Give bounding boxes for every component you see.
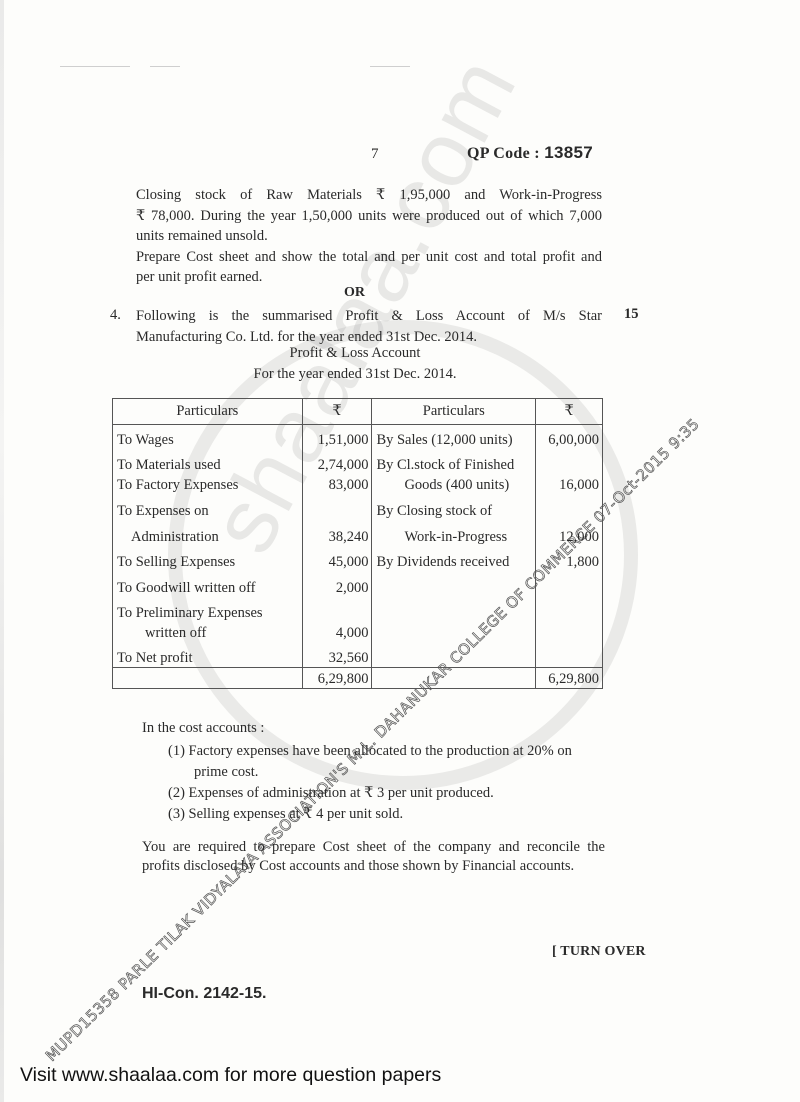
table-row: To Preliminary Expenses xyxy=(113,597,603,622)
note-item: (2) Expenses of administration at ₹ 3 pe… xyxy=(168,783,572,804)
dr-amount: 45,000 xyxy=(302,546,372,571)
note-item: (3) Selling expenses at ₹ 4 per unit sol… xyxy=(168,804,572,825)
cr-amount: 12,000 xyxy=(536,520,603,546)
table-row: To Selling Expenses 45,000 By Dividends … xyxy=(113,546,603,571)
cost-notes-intro: In the cost accounts : xyxy=(142,718,572,739)
cr-amount xyxy=(536,597,603,622)
question-marks: 15 xyxy=(624,306,639,323)
cr-amount xyxy=(536,642,603,668)
cr-particular: Goods (400 units) xyxy=(372,474,536,494)
cost-notes: In the cost accounts : (1) Factory expen… xyxy=(142,718,572,825)
table-row: written off 4,000 xyxy=(113,622,603,642)
text-line: units remained unsold. xyxy=(136,226,602,247)
dr-amount: 2,74,000 xyxy=(302,449,372,474)
dr-particular: To Preliminary Expenses xyxy=(113,597,303,622)
cr-amount xyxy=(536,494,603,520)
total-cr: 6,29,800 xyxy=(536,668,603,689)
table-subtitle: For the year ended 31st Dec. 2014. xyxy=(200,366,510,383)
paper-code: HI-Con. 2142-15. xyxy=(142,985,266,1003)
dr-amount: 83,000 xyxy=(302,474,372,494)
table-row: To Expenses on By Closing stock of xyxy=(113,494,603,520)
cr-amount: 1,800 xyxy=(536,546,603,571)
cr-particular-text: Goods (400 units) xyxy=(376,477,509,494)
table-row: To Net profit 32,560 xyxy=(113,642,603,668)
qp-code: QP Code : 13857 xyxy=(467,143,593,163)
dr-particular-text: Administration xyxy=(117,529,219,546)
total-dr: 6,29,800 xyxy=(302,668,372,689)
cr-amount: 6,00,000 xyxy=(536,425,603,449)
dr-amount: 2,000 xyxy=(302,571,372,597)
text-line: per unit profit earned. xyxy=(136,267,602,288)
dr-particular: written off xyxy=(113,622,303,642)
scan-artifact xyxy=(60,66,130,67)
question-number: 4. xyxy=(110,307,121,324)
table-row: To Factory Expenses 83,000 Goods (400 un… xyxy=(113,474,603,494)
cr-particular-text: Work-in-Progress xyxy=(376,529,507,546)
dr-amount: 4,000 xyxy=(302,622,372,642)
dr-amount xyxy=(302,494,372,520)
cr-particular xyxy=(372,597,536,622)
table-row: To Wages 1,51,000 By Sales (12,000 units… xyxy=(113,425,603,449)
cr-amount xyxy=(536,571,603,597)
header-amount-dr: ₹ xyxy=(302,399,372,425)
intro-paragraph: Closing stock of Raw Materials ₹ 1,95,00… xyxy=(136,185,602,288)
table-row: Administration 38,240 Work-in-Progress 1… xyxy=(113,520,603,546)
text-line: Closing stock of Raw Materials ₹ 1,95,00… xyxy=(136,185,602,206)
total-label-dr xyxy=(113,668,303,689)
cr-particular xyxy=(372,622,536,642)
profit-loss-table: Particulars ₹ Particulars ₹ To Wages 1,5… xyxy=(112,398,603,689)
header-particulars-cr: Particulars xyxy=(372,399,536,425)
dr-amount: 38,240 xyxy=(302,520,372,546)
table-total-row: 6,29,800 6,29,800 xyxy=(113,668,603,689)
dr-particular: To Materials used xyxy=(113,449,303,474)
text-line: Manufacturing Co. Ltd. for the year ende… xyxy=(136,327,602,348)
note-item: (1) Factory expenses have been allocated… xyxy=(168,741,572,762)
dr-particular: To Selling Expenses xyxy=(113,546,303,571)
table-header-row: Particulars ₹ Particulars ₹ xyxy=(113,399,603,425)
table-title: Profit & Loss Account xyxy=(200,345,510,362)
dr-amount: 1,51,000 xyxy=(302,425,372,449)
qp-code-value: 13857 xyxy=(544,143,593,162)
page-number: 7 xyxy=(371,146,379,163)
or-separator: OR xyxy=(344,285,365,301)
footer-link-text: Visit www.shaalaa.com for more question … xyxy=(20,1064,441,1087)
instruction-paragraph: You are required to prepare Cost sheet o… xyxy=(142,838,605,876)
dr-particular: To Goodwill written off xyxy=(113,571,303,597)
dr-amount: 32,560 xyxy=(302,642,372,668)
cr-particular xyxy=(372,571,536,597)
header-particulars-dr: Particulars xyxy=(113,399,303,425)
dr-particular: To Expenses on xyxy=(113,494,303,520)
cr-particular xyxy=(372,642,536,668)
cr-particular: By Cl.stock of Finished xyxy=(372,449,536,474)
text-line: ₹ 78,000. During the year 1,50,000 units… xyxy=(136,206,602,227)
table-row: To Materials used 2,74,000 By Cl.stock o… xyxy=(113,449,603,474)
cr-amount: 16,000 xyxy=(536,474,603,494)
scan-artifact xyxy=(150,66,180,67)
table-row: To Goodwill written off 2,000 xyxy=(113,571,603,597)
dr-particular: Administration xyxy=(113,520,303,546)
text-line: You are required to prepare Cost sheet o… xyxy=(142,838,605,857)
cr-particular: Work-in-Progress xyxy=(372,520,536,546)
qp-code-label: QP Code : xyxy=(467,145,540,162)
cr-particular: By Closing stock of xyxy=(372,494,536,520)
note-item-cont: prime cost. xyxy=(194,762,572,783)
scan-artifact xyxy=(370,66,410,67)
turn-over-label: [ TURN OVER xyxy=(552,944,646,960)
question-text: Following is the summarised Profit & Los… xyxy=(136,306,602,347)
dr-particular: To Net profit xyxy=(113,642,303,668)
dr-particular: To Wages xyxy=(113,425,303,449)
dr-particular-text: written off xyxy=(117,625,206,642)
dr-particular: To Factory Expenses xyxy=(113,474,303,494)
cr-amount xyxy=(536,449,603,474)
cr-particular: By Dividends received xyxy=(372,546,536,571)
text-line: Following is the summarised Profit & Los… xyxy=(136,306,602,327)
cr-amount xyxy=(536,622,603,642)
cr-particular: By Sales (12,000 units) xyxy=(372,425,536,449)
dr-amount xyxy=(302,597,372,622)
header-amount-cr: ₹ xyxy=(536,399,603,425)
scan-edge xyxy=(0,0,4,1102)
text-line: profits disclosed by Cost accounts and t… xyxy=(142,857,605,876)
total-label-cr xyxy=(372,668,536,689)
text-line: Prepare Cost sheet and show the total an… xyxy=(136,247,602,268)
